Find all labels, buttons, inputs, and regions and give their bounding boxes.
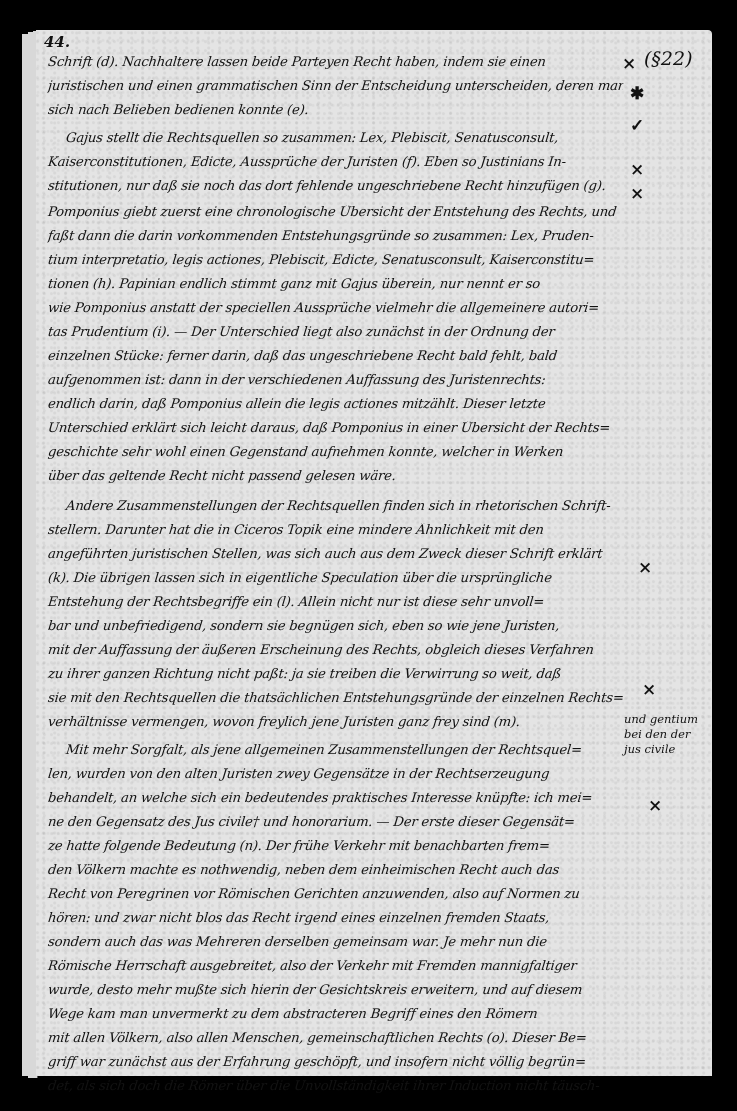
cross-mark-icon: × (630, 186, 644, 203)
manuscript-line: Wege kam man unvermerkt zu dem abstracte… (47, 1007, 624, 1022)
manuscript-line: juristischen und einen grammatischen Sin… (47, 79, 624, 94)
page-number: 44. (44, 33, 70, 51)
manuscript-line: Entstehung der Rechtsbegriffe ein (l). A… (47, 595, 624, 610)
margin-note-line: bei den der (624, 727, 704, 742)
check-mark-icon: ✓ (630, 118, 644, 135)
manuscript-line: tas Prudentium (i). — Der Unterschied li… (47, 325, 624, 340)
manuscript-line: wurde, desto mehr mußte sich hierin der … (47, 983, 624, 998)
manuscript-line: (k). Die übrigen lassen sich in eigentli… (47, 571, 624, 586)
manuscript-line: Gajus stellt die Rechtsquellen so zusamm… (47, 131, 624, 146)
manuscript-line: über das geltende Recht nicht passend ge… (47, 469, 624, 484)
asterisk-mark-icon: ✱ (630, 86, 644, 103)
manuscript-line: wie Pomponius anstatt der speciellen Aus… (47, 301, 624, 316)
manuscript-line: stellern. Darunter hat die in Ciceros To… (47, 523, 624, 538)
manuscript-line: det, als sich doch die Römer über die Un… (47, 1079, 624, 1094)
manuscript-line: bar und unbefriedigend, sondern sie begn… (47, 619, 624, 634)
manuscript-line: Schrift (d). Nachhaltere lassen beide Pa… (47, 55, 624, 70)
manuscript-line: einzelnen Stücke: ferner darin, daß das … (47, 349, 624, 364)
section-reference: (§22) (644, 48, 693, 70)
manuscript-line: tium interpretatio, legis actiones, Pleb… (47, 253, 624, 268)
manuscript-line: hören: und zwar nicht blos das Recht irg… (47, 911, 624, 926)
manuscript-line: Kaiserconstitutionen, Edicte, Aussprüche… (47, 155, 624, 170)
manuscript-line: zu ihrer ganzen Richtung nicht paßt: ja … (47, 667, 624, 682)
manuscript-line: ne den Gegensatz des Jus civile† und hon… (47, 815, 624, 830)
manuscript-line: Mit mehr Sorgfalt, als jene allgemeinen … (47, 743, 624, 758)
cross-mark-icon: × (630, 162, 644, 179)
manuscript-line: griff war zunächst aus der Erfahrung ges… (47, 1055, 624, 1070)
manuscript-line: aufgenommen ist: dann in der verschieden… (47, 373, 624, 388)
cross-mark-icon: × (638, 560, 652, 577)
manuscript-line: sondern auch das was Mehreren derselben … (47, 935, 624, 950)
manuscript-line: faßt dann die darin vorkommenden Entsteh… (47, 229, 624, 244)
manuscript-line: stitutionen, nur daß sie noch das dort f… (47, 179, 624, 194)
manuscript-line: Recht von Peregrinen vor Römischen Geric… (47, 887, 624, 902)
manuscript-line: tionen (h). Papinian endlich stimmt ganz… (47, 277, 624, 292)
manuscript-line: verhältnisse vermengen, wovon freylich j… (47, 715, 624, 730)
manuscript-line: sich nach Belieben bedienen konnte (e). (47, 103, 624, 118)
margin-note: und gentium bei den der jus civile (624, 712, 704, 757)
manuscript-line: geschichte sehr wohl einen Gegenstand au… (47, 445, 624, 460)
manuscript-line: Römische Herrschaft ausgebreitet, also d… (47, 959, 624, 974)
manuscript-line: Unterschied erklärt sich leicht daraus, … (47, 421, 624, 436)
manuscript-line: sie mit den Rechtsquellen die thatsächli… (47, 691, 624, 706)
manuscript-line: den Völkern machte es nothwendig, neben … (47, 863, 624, 878)
cross-mark-icon: × (622, 56, 636, 73)
manuscript-line: Andere Zusammenstellungen der Rechtsquel… (47, 499, 624, 514)
manuscript-line: endlich darin, daß Pomponius allein die … (47, 397, 624, 412)
manuscript-line: behandelt, an welche sich ein bedeutende… (47, 791, 624, 806)
manuscript-line: mit der Auffassung der äußeren Erscheinu… (47, 643, 624, 658)
cross-mark-icon: × (642, 682, 656, 699)
manuscript-line: mit allen Völkern, also allen Menschen, … (47, 1031, 624, 1046)
manuscript-line: angeführten juristischen Stellen, was si… (47, 547, 624, 562)
cross-mark-icon: × (648, 798, 662, 815)
manuscript-line: len, wurden von den alten Juristen zwey … (47, 767, 624, 782)
manuscript-line: Pomponius giebt zuerst eine chronologisc… (47, 205, 624, 220)
margin-note-line: und gentium (624, 712, 704, 727)
margin-note-line: jus civile (624, 742, 704, 757)
manuscript-line: ze hatte folgende Bedeutung (n). Der frü… (47, 839, 624, 854)
